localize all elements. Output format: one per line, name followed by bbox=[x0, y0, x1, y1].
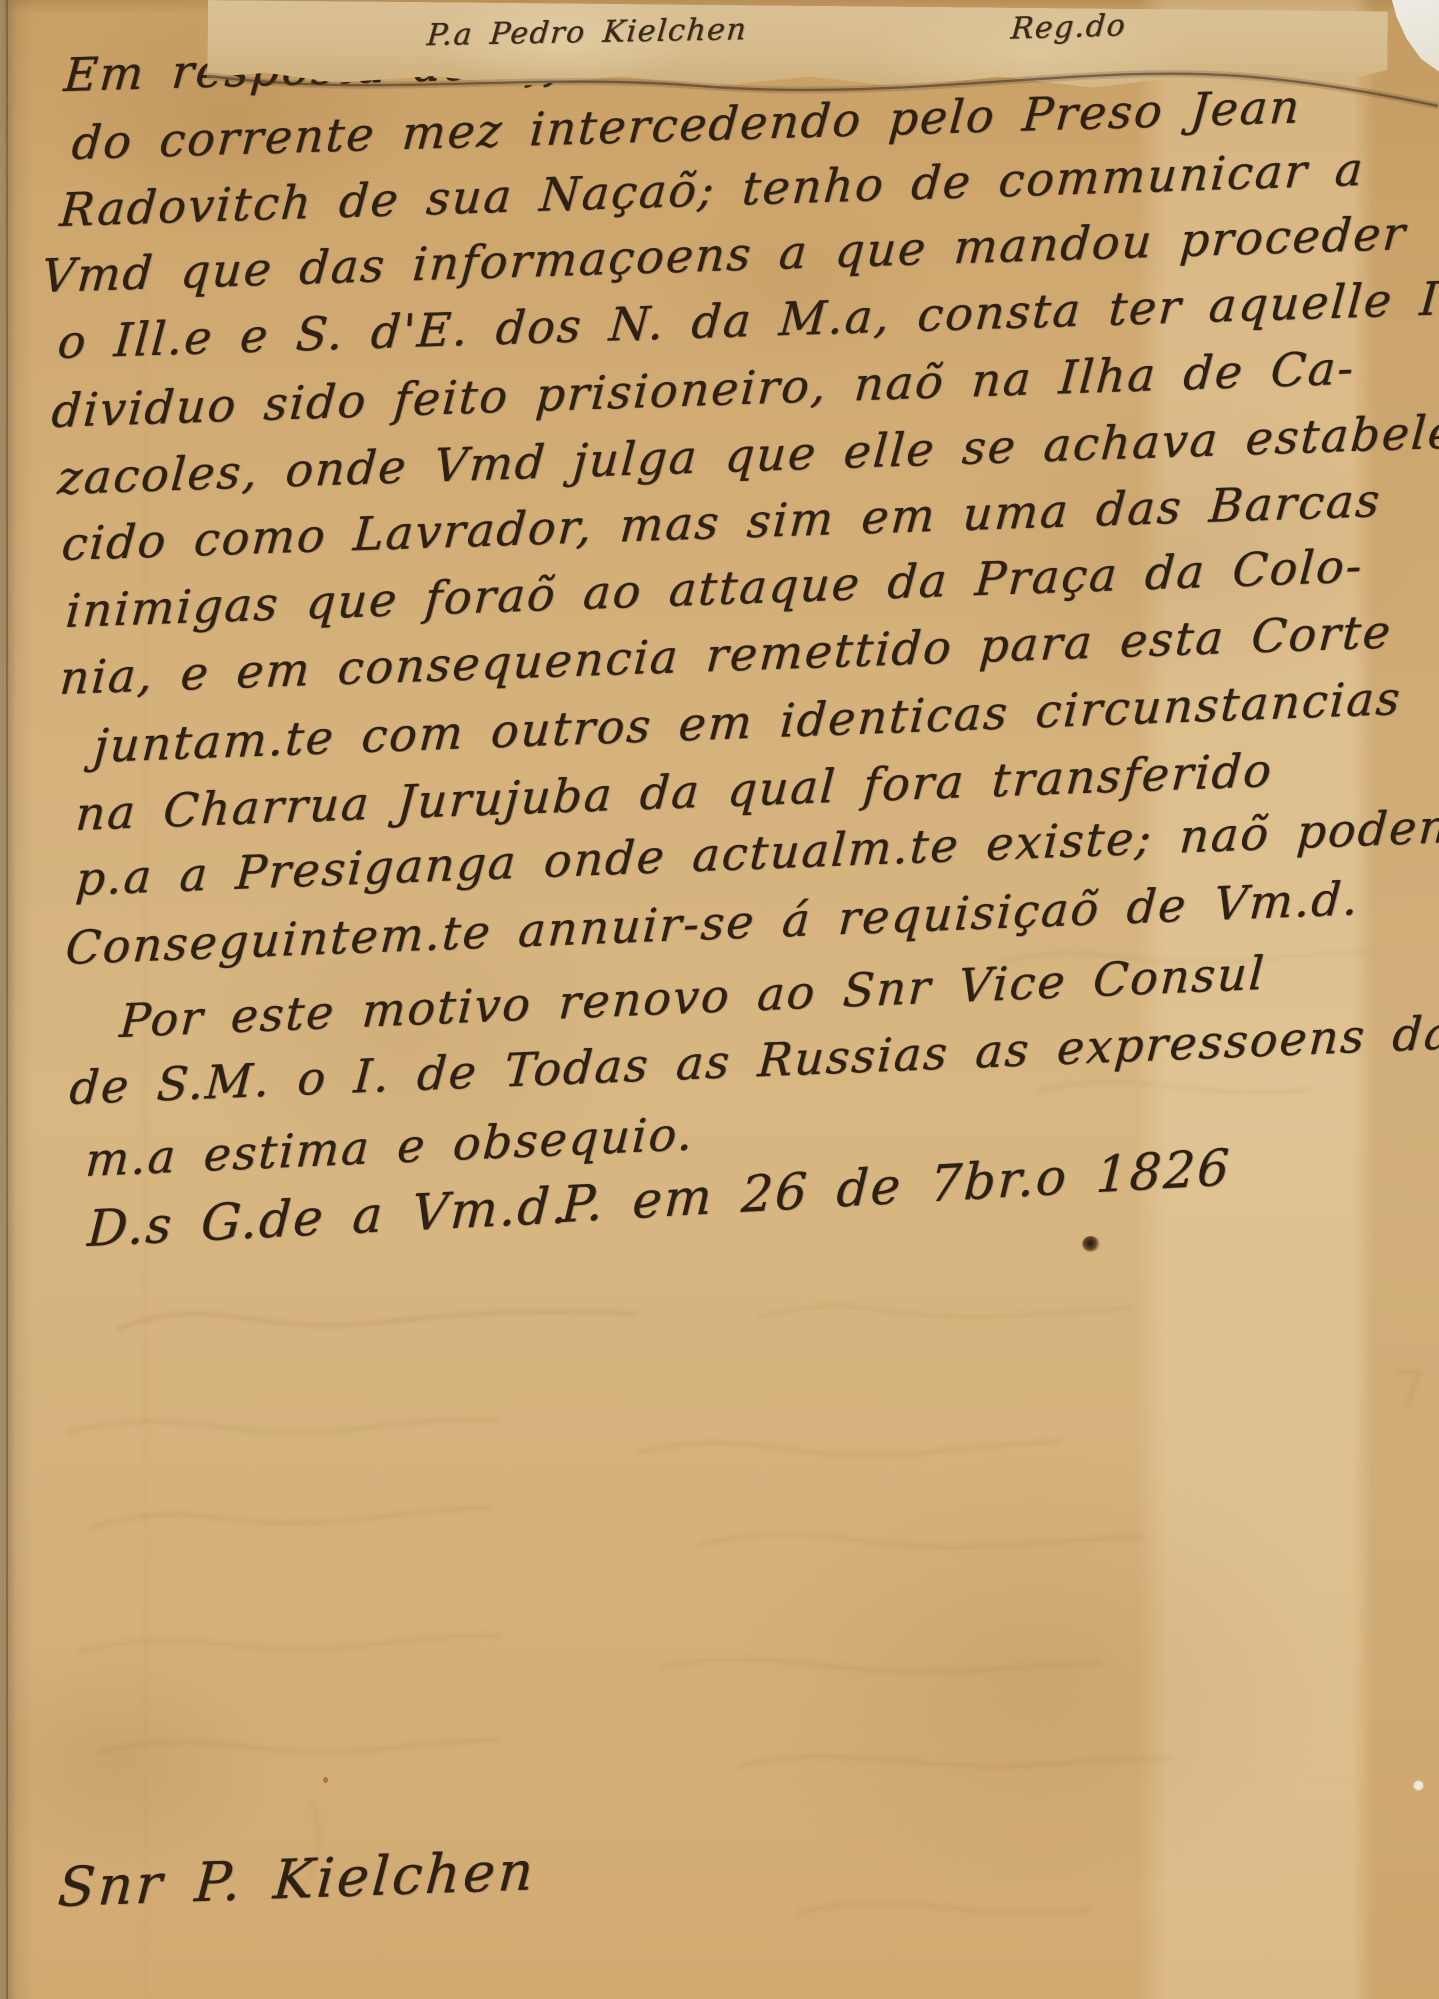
docket-registry-mark: Reg.do bbox=[1010, 8, 1128, 46]
paper-speck bbox=[1414, 1781, 1423, 1790]
valediction: D.s G.de a Vm.d. bbox=[86, 1176, 571, 1258]
manuscript-page: Em resposta ao officio que, no m... P.a … bbox=[0, 0, 1439, 1999]
page-left-edge bbox=[0, 0, 16, 1999]
paper-speck bbox=[323, 1777, 328, 1783]
docket-addressee: P.a Pedro Kielchen bbox=[426, 12, 749, 53]
recipient-line: Snr P. Kielchen bbox=[56, 1839, 538, 1919]
torn-corner bbox=[1383, 0, 1439, 92]
ink-blot bbox=[1082, 1236, 1100, 1252]
